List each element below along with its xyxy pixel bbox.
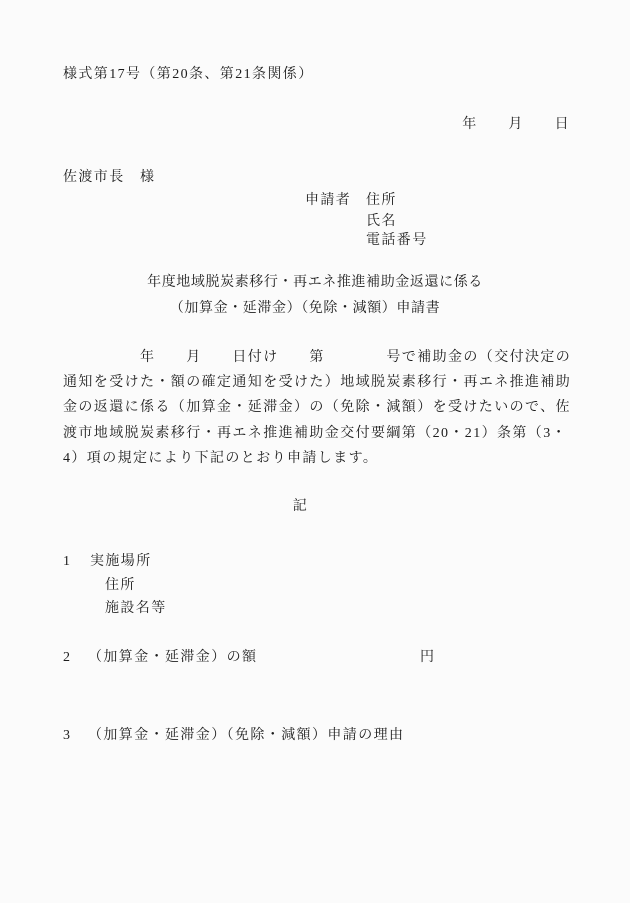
applicant-address-label: 住所 [366, 193, 397, 209]
applicant-phone-label: 電話番号 [366, 233, 428, 249]
body-line-5: 4）項の規定により下記のとおり申請します。 [63, 451, 378, 467]
item3-number: 3 [63, 728, 71, 744]
item2-label: （加算金・延滞金）の額 [88, 650, 257, 666]
item1-number: 1 [63, 554, 71, 570]
application-form-page: 様式第17号（第20条、第21条関係） 年 月 日 佐渡市長 様 申請者 住所 … [0, 0, 630, 903]
item2-number: 2 [63, 650, 71, 666]
body-line-2: 通知を受けた・額の確定通知を受けた）地域脱炭素移行・再エネ推進補助 [63, 375, 571, 391]
addressee: 佐渡市長 様 [63, 170, 155, 186]
applicant-label: 申請者 [305, 193, 351, 209]
body-line-4: 渡市地域脱炭素移行・再エネ推進補助金交付要綱第（20・21）条第（3・ [63, 426, 567, 442]
form-number: 様式第17号（第20条、第21条関係） [63, 67, 314, 83]
item1-sub-facility: 施設名等 [105, 601, 167, 617]
item2-unit: 円 [420, 650, 435, 666]
body-line-1: 年 月 日付け 第 号で補助金の（交付決定の [63, 350, 571, 366]
record-mark: 記 [0, 499, 600, 515]
item1-sub-address: 住所 [105, 578, 136, 594]
item1-label: 実施場所 [90, 554, 152, 570]
date-line: 年 月 日 [462, 117, 570, 133]
item3-label: （加算金・延滞金）（免除・減額）申請の理由 [88, 728, 404, 744]
body-line-3: 金の返還に係る（加算金・延滞金）の（免除・減額）を受けたいので、佐 [63, 400, 571, 416]
document-title-line2: （加算金・延滞金）（免除・減額）申請書 [0, 301, 610, 317]
document-title-line1: 年度地域脱炭素移行・再エネ推進補助金返還に係る [0, 275, 630, 291]
applicant-name-label: 氏名 [366, 214, 397, 230]
